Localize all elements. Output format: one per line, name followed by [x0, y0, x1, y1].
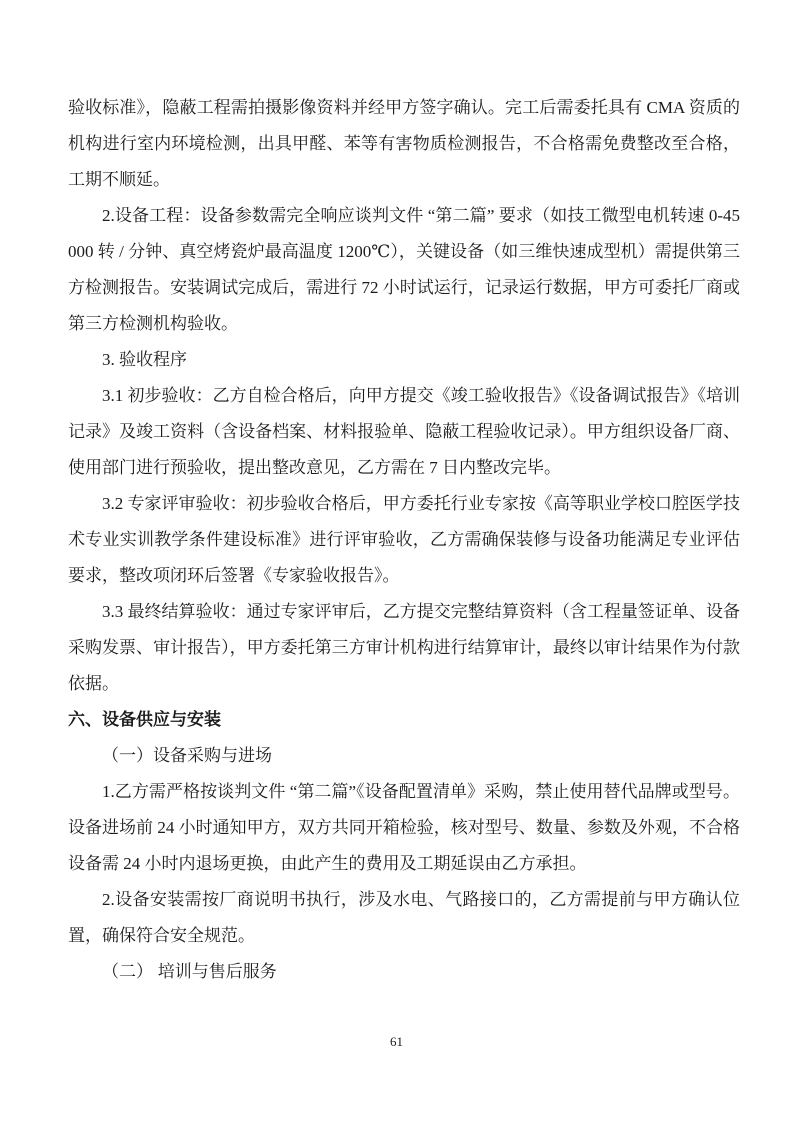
subheading-equipment-procurement-entry: （一）设备采购与进场	[68, 738, 740, 774]
paragraph-final-settlement-acceptance: 3.3 最终结算验收：通过专家评审后，乙方提交完整结算资料（含工程量签证单、设备…	[68, 594, 740, 702]
paragraph-equipment-engineering: 2.设备工程：设备参数需完全响应谈判文件 “第二篇” 要求（如技工微型电机转速 …	[68, 198, 740, 342]
document-body: 验收标准》，隐蔽工程需拍摄影像资料并经甲方签字确认。完工后需委托具有 CMA 资…	[68, 90, 740, 990]
paragraph-procurement-rules: 1.乙方需严格按谈判文件 “第二篇”《设备配置清单》采购，禁止使用替代品牌或型号…	[68, 774, 740, 882]
section-heading-equipment-supply-install: 六、设备供应与安装	[68, 702, 740, 738]
document-page: 验收标准》，隐蔽工程需拍摄影像资料并经甲方签字确认。完工后需委托具有 CMA 资…	[0, 0, 793, 1122]
paragraph-expert-review-acceptance: 3.2 专家评审验收：初步验收合格后，甲方委托行业专家按《高等职业学校口腔医学技…	[68, 486, 740, 594]
paragraph-initial-acceptance: 3.1 初步验收：乙方自检合格后，向甲方提交《竣工验收报告》《设备调试报告》《培…	[68, 378, 740, 486]
paragraph-installation-rules: 2.设备安装需按厂商说明书执行，涉及水电、气路接口的，乙方需提前与甲方确认位置，…	[68, 882, 740, 954]
list-item-acceptance-procedure: 3. 验收程序	[68, 342, 740, 378]
paragraph-acceptance-standards-continuation: 验收标准》，隐蔽工程需拍摄影像资料并经甲方签字确认。完工后需委托具有 CMA 资…	[68, 90, 740, 198]
subheading-training-after-sales: （二） 培训与售后服务	[68, 954, 740, 990]
page-number: 61	[0, 1034, 793, 1050]
